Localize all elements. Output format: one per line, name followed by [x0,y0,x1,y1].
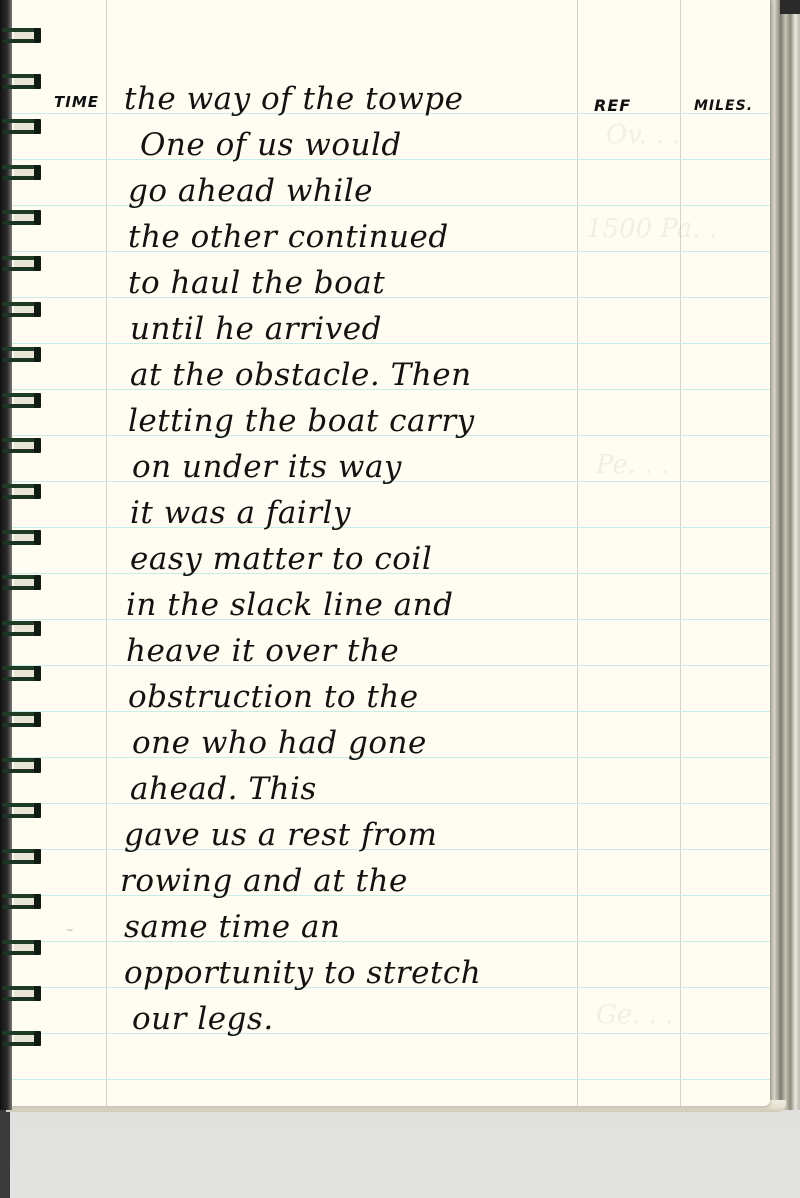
handwritten-line: go ahead while [128,174,373,208]
spiral-coil [2,393,40,409]
spiral-coil [2,302,40,318]
margin-mark: ~ [66,926,74,936]
handwritten-line: ahead. This [130,772,317,806]
spiral-coil [2,986,40,1002]
column-header-time: TIME [54,93,99,111]
spiral-coil [2,484,40,500]
spiral-coil [2,256,40,272]
page-stack-edge [768,0,800,1110]
show-through-text: 1500 Pa. . [586,214,717,244]
ruled-line [6,1079,770,1080]
spiral-coil [2,621,40,637]
spiral-coil [2,666,40,682]
spiral-coil [2,28,40,44]
spiral-coil [2,803,40,819]
spiral-coil [2,119,40,135]
handwritten-line: on under its way [132,450,402,484]
handwritten-line: rowing and at the [120,864,408,898]
column-header-ref: REF [594,96,631,115]
ruled-line [6,941,770,942]
handwritten-line: the way of the towpe [124,82,463,116]
handwritten-line: one who had gone [132,726,427,760]
handwritten-line: heave it over the [126,634,399,668]
cover-corner [780,0,800,14]
spiral-coil [2,347,40,363]
spiral-coil [2,712,40,728]
handwritten-line: opportunity to stretch [124,956,481,990]
ruled-line [6,527,770,528]
handwritten-line: in the slack line and [126,588,453,622]
spiral-coil [2,849,40,865]
background-left-edge [0,1110,10,1198]
handwritten-line: to haul the boat [128,266,385,300]
handwritten-line: until he arrived [130,312,382,346]
spiral-coil [2,438,40,454]
handwritten-line: same time an [124,910,340,944]
spiral-coil [2,758,40,774]
handwritten-line: easy matter to coil [130,542,432,576]
handwritten-line: the other continued [128,220,449,254]
show-through-text: Ov. . . [606,120,680,150]
ruled-line [6,1033,770,1034]
handwritten-line: our legs. [132,1002,274,1036]
spiral-coil [2,74,40,90]
spiral-coil [2,530,40,546]
ruled-line [6,343,770,344]
show-through-text: Ge. . . [596,1000,673,1030]
handwritten-line: obstruction to the [128,680,419,714]
spiral-coil [2,894,40,910]
column-header-miles: MILES. [694,98,753,114]
spiral-coil [2,210,40,226]
handwritten-line: letting the boat carry [128,404,475,438]
show-through-text: Pe. . . [596,450,669,480]
handwritten-line: One of us would [140,128,402,162]
spiral-coil [2,165,40,181]
spiral-coil [2,940,40,956]
ruled-line [6,803,770,804]
handwritten-line: at the obstacle. Then [130,358,472,392]
spiral-coil [2,1031,40,1047]
handwritten-line: gave us a rest from [124,818,437,852]
ruled-line [6,297,770,298]
handwritten-line: it was a fairly [130,496,351,530]
spiral-coil [2,575,40,591]
ruled-line [6,205,770,206]
